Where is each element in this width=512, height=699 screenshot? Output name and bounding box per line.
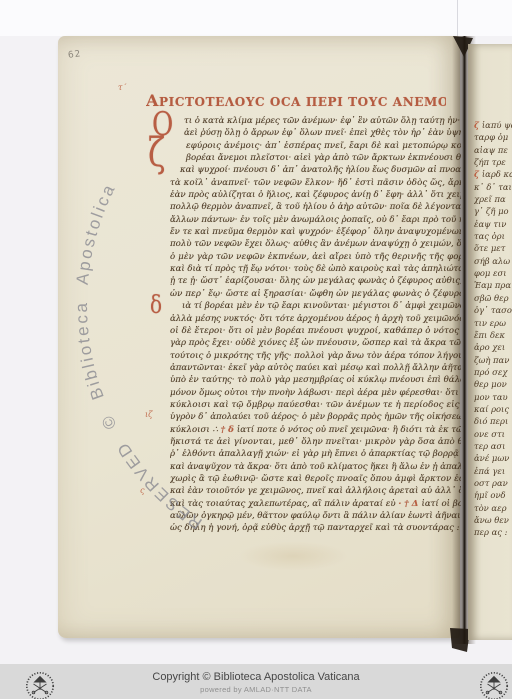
- manuscript-line: ἥκιστά τε ἀεὶ γίνονται, μεθ᾽ ὅλην πνεῖτα…: [170, 437, 461, 449]
- facing-page-line: ἔπι δεκ: [474, 330, 512, 342]
- facing-page-line: τερ ασι: [474, 441, 512, 453]
- manuscript-line: ὡς δήλη ἡ γονή, ὁρᾷ εὐθὺς ἀρχῇ τῷ πανταρ…: [170, 523, 461, 535]
- footer-copyright: Copyright © Biblioteca Apostolica Vatica…: [0, 671, 512, 683]
- manuscript-line: καὶ τὰς τοιαύτας χαλεπωτέρας, αἳ πάλιν ἀ…: [170, 499, 461, 511]
- rubric-section-divider: · † Δ: [398, 499, 421, 509]
- manuscript-line: τούτοις ὁ μικρότης τῆς γῆς· πολλοὶ γὰρ ἄ…: [170, 351, 461, 363]
- manuscript-line: ᾗ τε ᾗ· ὥστ᾽ ἐαρίζουσαι· ὅλης ὧν μεγάλας…: [170, 276, 461, 288]
- facing-page-line: ὀγ᾽ τασο: [474, 305, 512, 317]
- manuscript-line: τι ὁ κατὰ κλίμα μέρες τῶν ἀνέμων· ἐφ᾽ ἓν…: [170, 116, 461, 128]
- facing-page-line: σήβ αλω: [474, 256, 512, 268]
- facing-page-line: ζ ἰαρδ κα: [474, 169, 512, 181]
- manuscript-line: βορέαι ἄνεμοι πλεῖστοι· αἰεὶ γὰρ ἀπὸ τῶν…: [170, 153, 461, 165]
- manuscript-line: ὧν περ᾽ ἕῳ· ὥστε αἱ ξηρασίαι· ὤφθη ὧν με…: [170, 289, 461, 301]
- background-divider-line: [457, 0, 458, 38]
- rubric-section-divider: † δ: [221, 425, 237, 435]
- digitized-manuscript-view: 62 τ΄ ΑΡΙCΤΟΤΕΛΟΥC ΟCΑ ΠΕΡΙ ΤΟΥC ΑΝΕΜΟΥC…: [0, 0, 512, 699]
- manuscript-line: τὰ κοῖλ᾽ ἀναπνεῖ· τῶν νεφῶν ἕλκον· ἥδ᾽ ἐ…: [170, 178, 461, 190]
- facing-page-line: ζ ἰαπύ ψα: [474, 120, 512, 132]
- facing-page-line: τας ὁρι: [474, 231, 512, 243]
- parchment-stain: [238, 541, 348, 571]
- title-lead-mark: τ΄: [118, 83, 126, 92]
- facing-page-line: ταρφ ὁμ: [474, 132, 512, 144]
- facing-page-line: πρό σεχ: [474, 367, 512, 379]
- folio-number: 62: [67, 49, 82, 61]
- manuscript-line: ὁ μὲν γὰρ τῶν νεφῶν ἐκπνέων, ἀεὶ αἴρει ὑ…: [170, 252, 461, 264]
- rubric-margin-note: ιζ: [145, 410, 152, 419]
- manuscript-line: καὶ ψυχροί· πνέουσι δ᾽ ἀπ᾽ ἀνατολῆς ἡλίο…: [170, 165, 461, 177]
- facing-page-line: ονε στι: [474, 429, 512, 441]
- facing-page-line: καί ροις: [474, 404, 512, 416]
- facing-page-line: κ᾽ δ᾽ ται: [474, 182, 512, 194]
- facing-page-line: ἀρο χει: [474, 342, 512, 354]
- facing-page-line: φομ εσι: [474, 268, 512, 280]
- manuscript-line: ἐὰν πρὸς αὐλίζηται ὁ ἥλιος, καὶ ζέφυρος …: [170, 190, 461, 202]
- manuscript-left-page: 62 τ΄ ΑΡΙCΤΟΤΕΛΟΥC ΟCΑ ΠΕΡΙ ΤΟΥC ΑΝΕΜΟΥC…: [58, 36, 460, 638]
- manuscript-line: εφύροις ἀνέμοις· ἀπ᾽ ἑσπέρας πνεῖ, ἔαρι …: [170, 141, 461, 153]
- facing-page-line: τιν ερω: [474, 318, 512, 330]
- facing-page-line: ζωὴ παν: [474, 355, 512, 367]
- manuscript-line: μόνον ὅμως οὗτοι τὴν πνοὴν λάβωσι· περὶ …: [170, 388, 461, 400]
- manuscript-line: οἱ δὲ ἕτεροι· ὅτι οἱ μὲν βορέαι πνέουσι …: [170, 326, 461, 338]
- manuscript-line: καὶ ἀναψῦχον τὰ ἄκρα· ὅτι ἀπὸ τοῦ κλίματ…: [170, 462, 461, 474]
- vatican-library-seal-left: [25, 671, 55, 699]
- rubric-dropcap: ζ: [148, 132, 165, 172]
- manuscript-line: ὑγρὸν δ᾽ ἀπολαύει τοῦ ἀέρος· ὁ μὲν βορρᾶ…: [170, 412, 461, 424]
- manuscript-line: ἄλλων πάντων· ἐν τοῖς μὲν ἀνωμάλοις ῥοπα…: [170, 215, 461, 227]
- manuscript-line: πολλῷ θερμὸν ἀναπνεῖ, ἃ τοῦ ἡλίου ὁ ἀὴρ …: [170, 202, 461, 214]
- facing-page-line: ἄνω θεν: [474, 515, 512, 527]
- manuscript-right-page: ζ ἰαπύ ψαταρφ ὁμαἰαψ πεζήπ τρεζ ἰαρδ κακ…: [468, 44, 512, 640]
- manuscript-line: ιὰ τί βορέαι μὲν ἐν τῷ ἔαρι κινοῦνται· μ…: [170, 301, 461, 313]
- facing-page-line: γ᾽ ζῆ μο: [474, 206, 512, 218]
- manuscript-line: ἔν τε καὶ πνεῦμα θερμὸν καὶ ψυχρόν· ἐξέφ…: [170, 227, 461, 239]
- footer-powered-by: powered by AMLAD·NTT DATA: [0, 685, 512, 694]
- background-top-strip: [0, 0, 512, 36]
- manuscript-line: κύκλοισι καὶ τῷ ὄμβρῳ παύεσθαι· τῶν ἀνέμ…: [170, 400, 461, 412]
- facing-page-line: διό περι: [474, 416, 512, 428]
- rubric-margin-note: ς: [140, 486, 144, 495]
- facing-page-line: Ἐαμ πρα: [474, 280, 512, 292]
- manuscript-line: κύκλοισι ∴ † δ ἰατί ποτε ὁ νότος οὐ πνεῖ…: [170, 425, 461, 437]
- manuscript-line: ῥ᾽ ἐλθόντι ἀπαλλαγῇ χιών· εἰ γὰρ μὴ ἔπνε…: [170, 449, 461, 461]
- rubric-dropcap: δ: [150, 292, 162, 317]
- facing-page-line: ζήπ τρε: [474, 157, 512, 169]
- facing-page-text-fragments: ζ ἰαπύ ψαταρφ ὁμαἰαψ πεζήπ τρεζ ἰαρδ κακ…: [474, 120, 512, 540]
- manuscript-text-block: τι ὁ κατὰ κλίμα μέρες τῶν ἀνέμων· ἐφ᾽ ἓν…: [170, 116, 461, 538]
- facing-page-line: οστ ραν: [474, 478, 512, 490]
- manuscript-line: ἀεὶ ῥύσῃ ὅλῃ ὁ ἄρρων ἐφ᾽ ὅλων πνεῖ· ἐπεὶ…: [170, 128, 461, 140]
- facing-page-line: αἰαψ πε: [474, 145, 512, 157]
- facing-page-line: ἐαψ τιν: [474, 219, 512, 231]
- manuscript-line: ἀλλὰ μέσης νυκτός· ὅτι τότε ἀρχομένου ἀέ…: [170, 314, 461, 326]
- manuscript-line: καὶ διὰ τί πρὸς τῇ ἕῳ νότοι· τοὺς δὲ ὠπὸ…: [170, 264, 461, 276]
- facing-page-line: ὅτε μετ: [474, 243, 512, 255]
- rubric-initial: ζ: [474, 120, 482, 130]
- manuscript-line: πολὺ τῶν νεφῶν ἔχει ὅλως· αὖθις ἂν ἀνέμω…: [170, 239, 461, 251]
- facing-page-line: θερ μον: [474, 379, 512, 391]
- manuscript-line: αὐλῶν ὀγκηρῷ μέν, θᾶττον φαύλῳ ὄντι ἃ πά…: [170, 511, 461, 523]
- rubric-initial: ζ: [474, 169, 482, 179]
- facing-page-line: ἐπά γει: [474, 466, 512, 478]
- manuscript-line: ἀπαντῶνται· ἐκεῖ γὰρ αὐτὸς παύει καὶ μέσ…: [170, 363, 461, 375]
- manuscript-line: γὰρ πρὸς ἔχει· οὐδὲ χιόνες ἐξ ὧν πνέουσι…: [170, 338, 461, 350]
- facing-page-line: μον ταυ: [474, 392, 512, 404]
- facing-page-line: ἡμῖ ονδ: [474, 490, 512, 502]
- manuscript-line: καὶ ἐὰν τοιοῦτόν γε χειμῶνος, πνεῖ καὶ ἀ…: [170, 486, 461, 498]
- manuscript-title-rubric: ΑΡΙCΤΟΤΕΛΟΥC ΟCΑ ΠΕΡΙ ΤΟΥC ΑΝΕΜΟΥC :: [146, 91, 446, 110]
- facing-page-line: ἀνέ μων: [474, 453, 512, 465]
- vatican-library-seal-right: [479, 671, 509, 699]
- facing-page-line: τὸν αερ: [474, 503, 512, 515]
- manuscript-line: ὑπὸ ἐν ταύτης· τὸ πολὺ γὰρ μεσημβρίας οἱ…: [170, 375, 461, 387]
- manuscript-line: χωρὶς ἃ τῷ ἑωθινῷ· ὥστε καὶ θεροῖς πνοαῖ…: [170, 474, 461, 486]
- facing-page-line: χρεῖ πα: [474, 194, 512, 206]
- footer-bar: Copyright © Biblioteca Apostolica Vatica…: [0, 664, 512, 699]
- facing-page-line: περ ας :: [474, 527, 512, 539]
- facing-page-line: σβῶ θερ: [474, 293, 512, 305]
